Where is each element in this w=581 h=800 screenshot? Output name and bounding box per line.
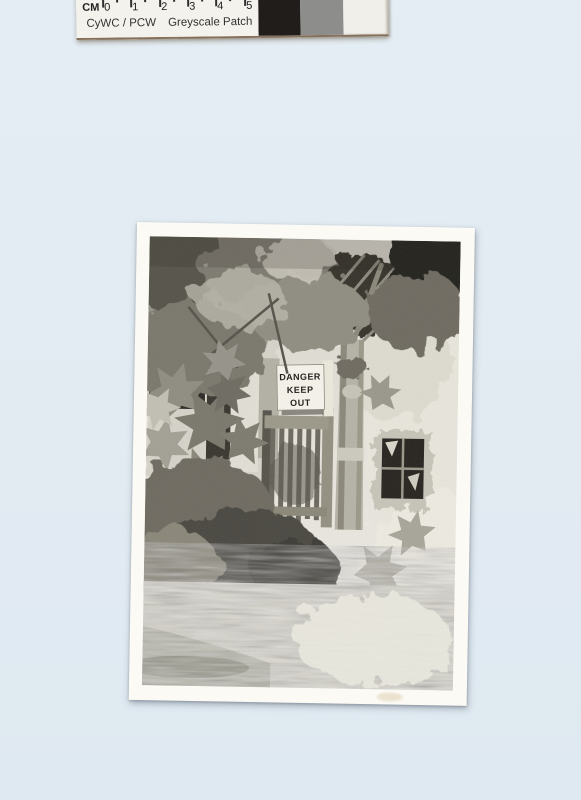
print-stain: [377, 692, 403, 701]
photographic-print: DANGER KEEP OUT: [129, 222, 475, 706]
film-grain: [142, 236, 461, 690]
photo-scene: DANGER KEEP OUT: [142, 236, 461, 690]
ruler-number-1: 1: [132, 1, 138, 13]
ruler-tick: [144, 0, 146, 2]
greyscale-patch-black: [258, 0, 301, 36]
ruler-cm-scale: CM 0 1 2 3 4 5 CyWC / PCW Greyscale Patc…: [76, 0, 259, 38]
ruler-tick: [173, 0, 175, 2]
ruler-caption: CyWC / PCW Greyscale Patch: [86, 16, 256, 30]
ruler-number-5: 5: [246, 0, 252, 12]
ruler-caption-left: CyWC / PCW: [86, 17, 156, 30]
ruler-tick: [116, 0, 118, 3]
calibration-ruler: CM 0 1 2 3 4 5 CyWC / PCW Greyscale Patc…: [76, 0, 389, 40]
ruler-caption-right: Greyscale Patch: [168, 16, 253, 29]
greyscale-patches: [258, 0, 389, 36]
ruler-number-3: 3: [189, 1, 195, 13]
ruler-number-0: 0: [104, 2, 110, 14]
ruler-number-4: 4: [217, 0, 223, 12]
photo-image: DANGER KEEP OUT: [142, 236, 461, 690]
ruler-tick: [229, 0, 231, 1]
ruler-unit-label: CM: [82, 2, 99, 14]
scanner-bed-background: CM 0 1 2 3 4 5 CyWC / PCW Greyscale Patc…: [0, 0, 581, 800]
greyscale-patch-grey: [300, 0, 344, 35]
ruler-tick: [201, 0, 203, 1]
ruler-number-2: 2: [161, 1, 167, 13]
greyscale-patch-white: [343, 0, 389, 35]
